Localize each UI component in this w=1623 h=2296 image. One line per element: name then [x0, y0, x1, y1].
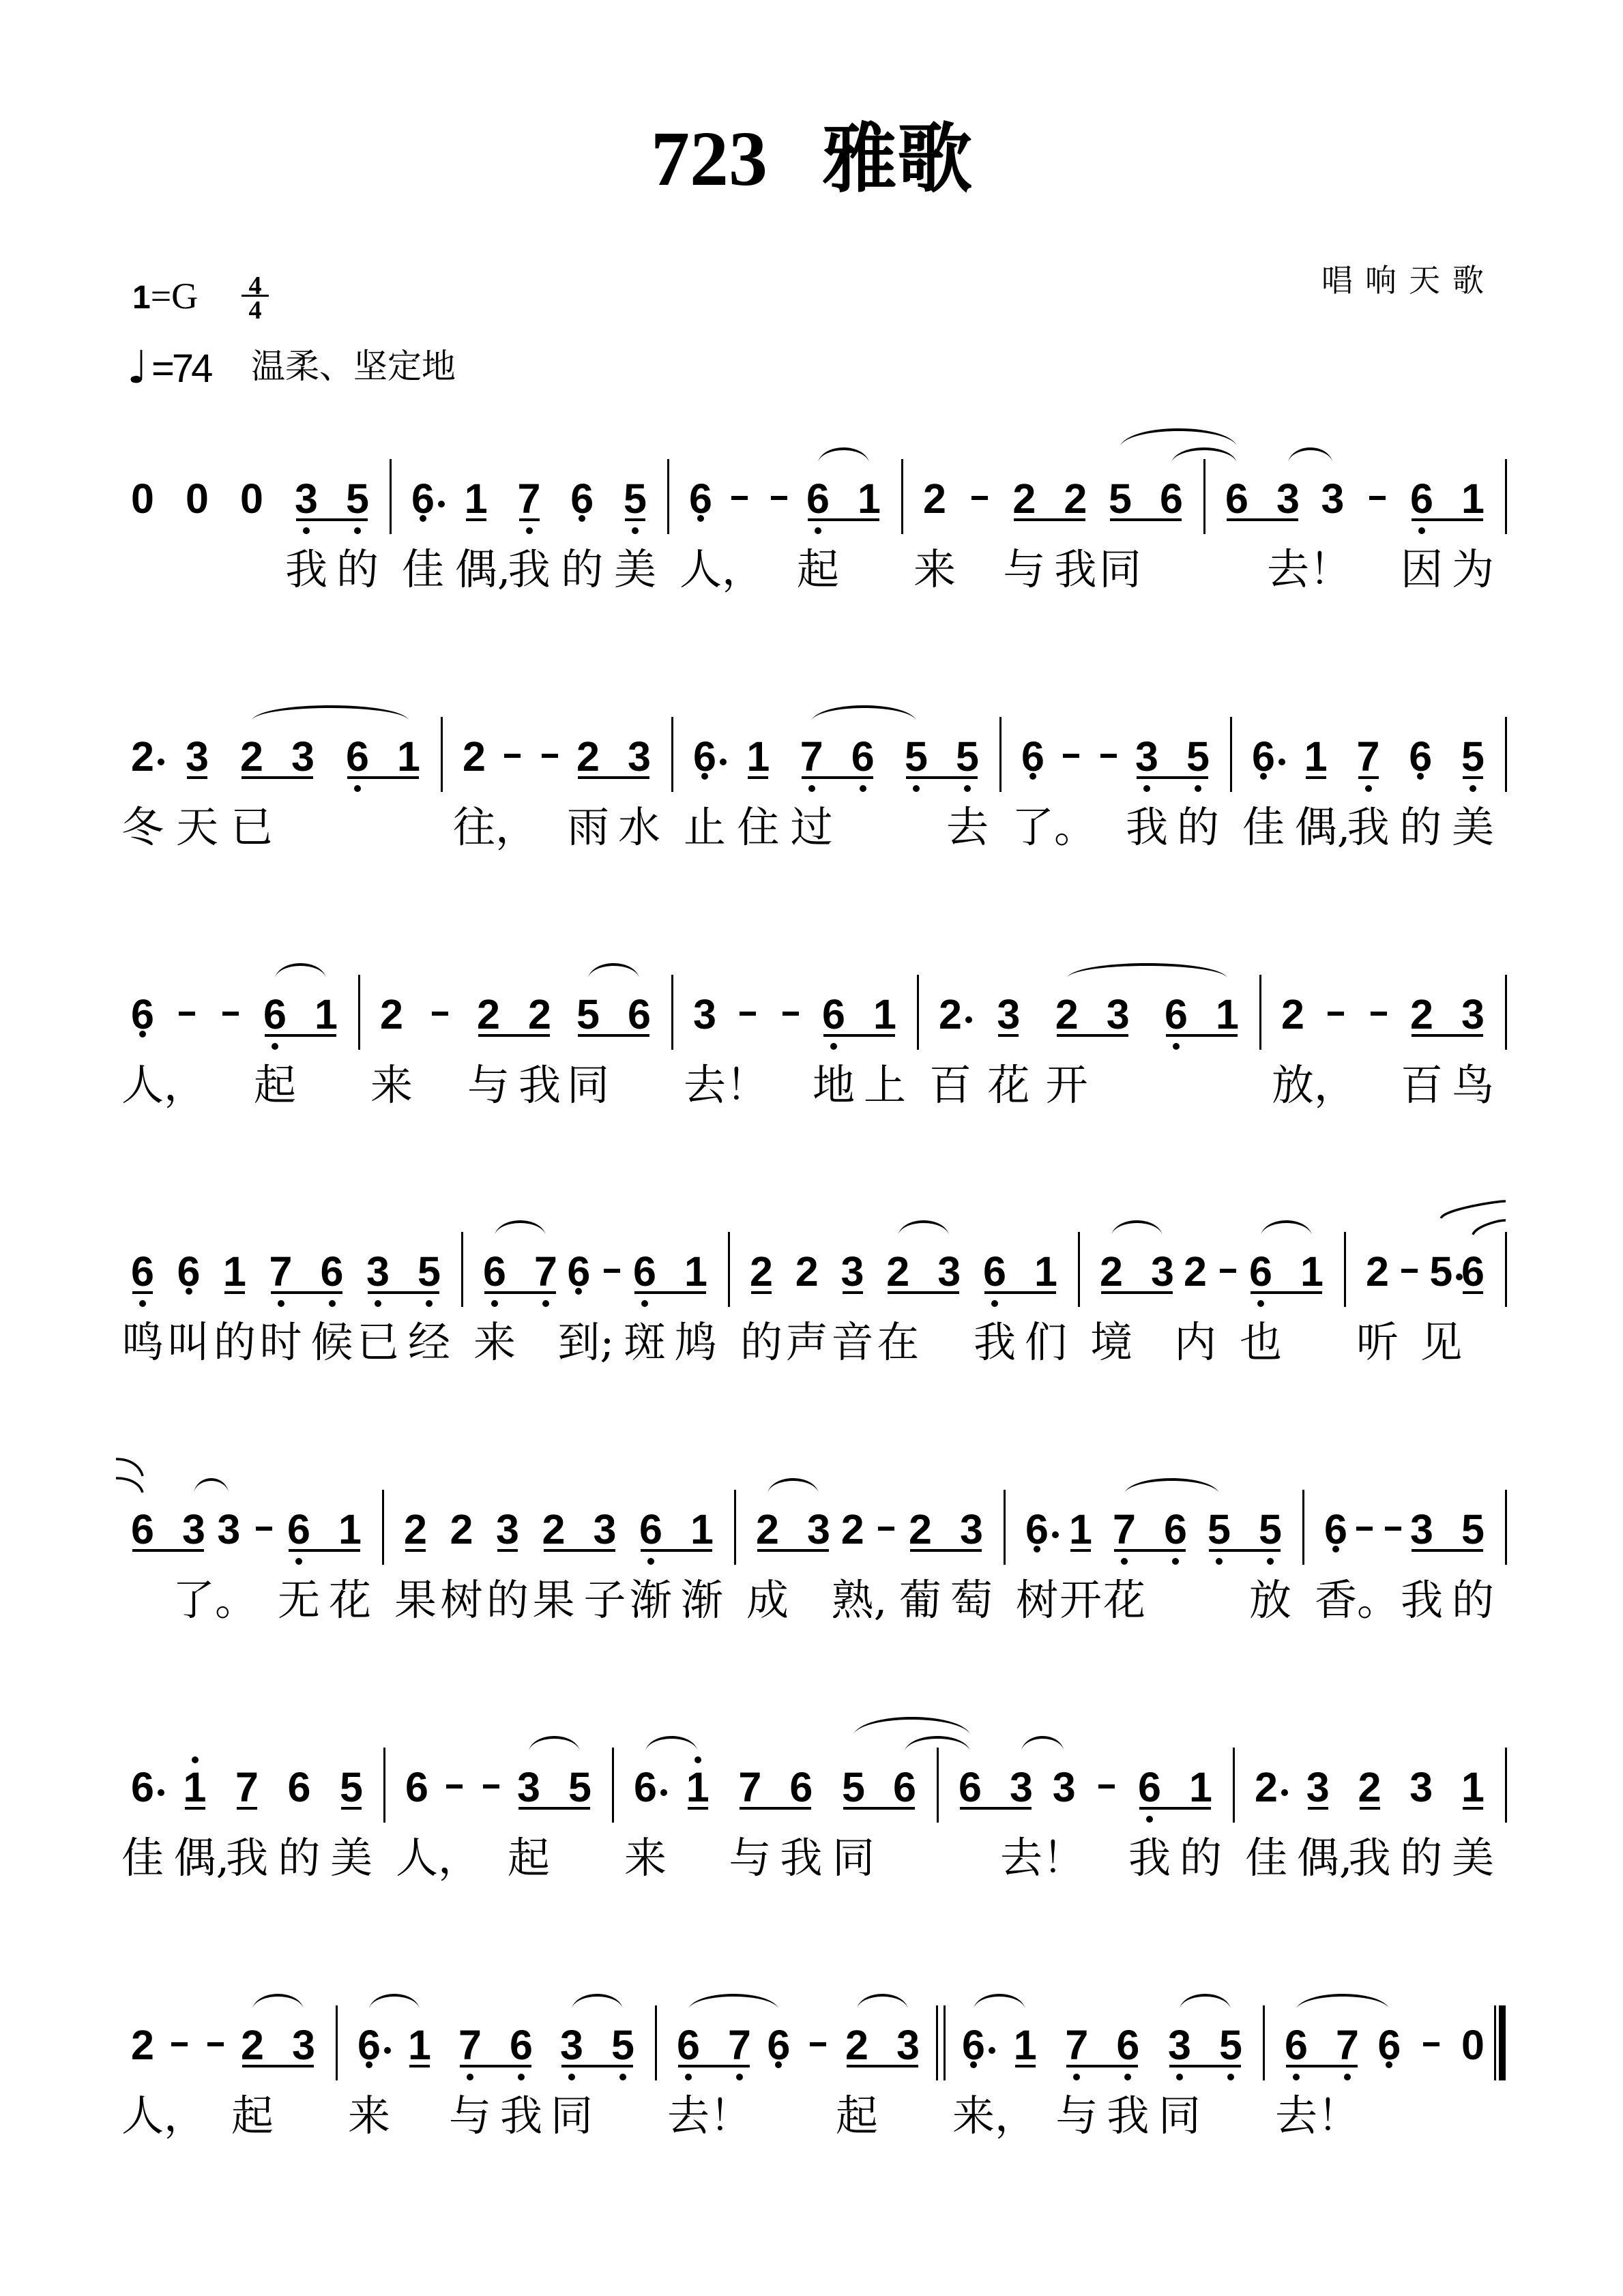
lyric-syllable: 的 — [336, 548, 379, 591]
lyric-syllable: 与 — [729, 1837, 771, 1879]
lyric-syllable: 到; — [557, 1321, 614, 1364]
slur — [1067, 963, 1227, 977]
slur — [645, 1736, 698, 1750]
lyric-syllable: 我 — [508, 548, 551, 591]
lyric-syllable: 境 — [1090, 1321, 1132, 1364]
lyric-syllable: 天 — [176, 806, 218, 849]
lyric-syllable: 偶, — [455, 548, 511, 591]
lyric-syllable: 叫 — [168, 1321, 210, 1364]
lyric-syllable: 了。 — [1012, 806, 1096, 849]
lyric-syllable: 我 — [1401, 1579, 1443, 1621]
lyric-syllable: 来 — [370, 1064, 413, 1106]
lyric-syllable: 内 — [1174, 1321, 1216, 1364]
low-octave-dot — [1344, 2074, 1351, 2080]
lyric-syllable: 熟, — [832, 1579, 888, 1621]
low-octave-dot — [491, 1300, 498, 1307]
lyric-syllable: 水 — [618, 806, 660, 849]
low-octave-dot — [1195, 785, 1201, 792]
lyric-syllable: 渐 — [681, 1579, 723, 1621]
lyric-syllable: 上 — [864, 1064, 906, 1106]
slur — [857, 1994, 908, 2008]
lyric-syllable: 我 — [1128, 1837, 1171, 1879]
low-octave-dot — [139, 1300, 146, 1307]
staff-system: 2人，2起36来17与6我3同56去！762起36来，17与6我3同56去！76… — [129, 2025, 1506, 2065]
lyric-syllable: 去 — [946, 806, 989, 849]
low-octave-dot — [303, 527, 310, 534]
lyric-syllable: 音 — [832, 1321, 874, 1364]
lyric-syllable: 的 — [561, 548, 603, 591]
slur — [1111, 1220, 1163, 1235]
lyric-syllable: 也 — [1240, 1321, 1282, 1364]
low-octave-dot — [1257, 1300, 1264, 1307]
slur — [529, 1736, 580, 1750]
lyric-syllable: 花 — [1103, 1579, 1145, 1621]
lyric-syllable: 来， — [952, 2095, 1037, 2137]
lyric-syllable: 的 — [214, 1321, 256, 1364]
low-octave-dot — [1227, 2074, 1234, 2080]
slur — [1021, 1736, 1064, 1750]
slur — [572, 1994, 623, 2008]
lyric-syllable: 了。 — [173, 1579, 257, 1621]
lyric-syllable: 百 — [1401, 1064, 1443, 1106]
slur — [818, 447, 869, 462]
low-octave-dot — [860, 785, 866, 792]
slur — [116, 1459, 143, 1476]
slur — [252, 705, 409, 720]
lyric-syllable: 葡 — [899, 1579, 941, 1621]
low-octave-dot — [647, 1558, 654, 1565]
lyric-syllable: 的 — [1177, 806, 1219, 849]
lyric-syllable: 开 — [1046, 1064, 1088, 1106]
lyric-syllable: 偶, — [174, 1837, 230, 1879]
lyric-syllable: 果 — [533, 1579, 575, 1621]
lyric-syllable: 去！ — [684, 1064, 768, 1106]
low-octave-dot — [542, 1300, 549, 1307]
lyric-syllable: 起 — [231, 2095, 274, 2137]
low-octave-dot — [278, 1300, 284, 1307]
lyric-syllable: 我 — [226, 1837, 268, 1879]
slur — [1261, 1220, 1312, 1235]
lyric-syllable: 我 — [500, 2095, 542, 2137]
slur-layer — [129, 1251, 1506, 1292]
staff-system: 6人，6起12来2与2我5同63去！6地1上2百3花2开3612放，2百3鸟 — [129, 994, 1506, 1035]
lyric-syllable: 花 — [987, 1064, 1029, 1106]
lyric-syllable: 花 — [329, 1579, 371, 1621]
low-octave-dot — [913, 785, 920, 792]
lyric-syllable: 我 — [285, 548, 327, 591]
low-octave-dot — [467, 2074, 473, 2080]
lyric-syllable: 放 — [1249, 1579, 1291, 1621]
low-octave-dot — [1267, 1558, 1274, 1565]
low-octave-dot — [518, 2074, 525, 2080]
slur — [1120, 428, 1237, 445]
lyric-syllable: 住 — [737, 806, 779, 849]
lyric-syllable: 来 — [624, 1837, 667, 1879]
lyric-syllable: 过 — [791, 806, 833, 849]
slur — [1441, 1201, 1506, 1218]
slur — [898, 1220, 949, 1235]
lyric-syllable: 见 — [1420, 1321, 1462, 1364]
lyric-syllable: 美 — [1452, 1837, 1494, 1879]
lyric-syllable: 萄 — [950, 1579, 993, 1621]
low-octave-dot — [568, 2074, 575, 2080]
low-octave-dot — [1143, 785, 1150, 792]
lyric-syllable: 果 — [394, 1579, 437, 1621]
lyric-syllable: 无 — [278, 1579, 320, 1621]
lyric-syllable: 美 — [614, 548, 656, 591]
lyric-syllable: 成 — [746, 1579, 789, 1621]
lyric-syllable: 香。 — [1315, 1579, 1399, 1621]
slur — [369, 1994, 420, 2008]
lyric-syllable: 去！ — [1000, 1837, 1085, 1879]
lyric-syllable: 候 — [311, 1321, 353, 1364]
low-octave-dot — [526, 527, 533, 534]
low-octave-dot — [1172, 1558, 1179, 1565]
lyric-syllable: 我 — [1107, 2095, 1149, 2137]
low-octave-dot — [1470, 785, 1476, 792]
lyric-syllable: 我 — [1126, 806, 1168, 849]
lyric-syllable: 佳 — [1242, 806, 1285, 849]
slur — [116, 1478, 143, 1492]
low-octave-dot — [1176, 2074, 1183, 2080]
lyric-syllable: 起 — [508, 1837, 550, 1879]
low-octave-dot — [641, 1300, 648, 1307]
slur — [252, 1994, 304, 2008]
score: 0003我5的6佳1偶,7我6的5美6人，6起12来2与2我5同663去！36因… — [0, 0, 1623, 2296]
lyric-syllable: 已 — [231, 806, 273, 849]
slur — [1124, 1478, 1219, 1492]
low-octave-dot — [815, 527, 821, 534]
low-octave-dot — [808, 785, 815, 792]
lyric-syllable: 雨 — [567, 806, 609, 849]
lyric-syllable: 我 — [1054, 548, 1096, 591]
lyric-syllable: 去！ — [1275, 2095, 1360, 2137]
lyric-syllable: 的 — [1180, 1837, 1222, 1879]
lyric-syllable: 与 — [449, 2095, 491, 2137]
lyric-syllable: 同 — [1158, 2095, 1201, 2137]
lyric-syllable: 放， — [1272, 1064, 1356, 1106]
lyric-syllable: 的 — [486, 1579, 529, 1621]
lyric-syllable: 声 — [786, 1321, 828, 1364]
lyric-syllable: 百 — [929, 1064, 971, 1106]
low-octave-dot — [295, 1558, 302, 1565]
lyric-syllable: 我 — [780, 1837, 822, 1879]
low-octave-dot — [685, 2074, 692, 2080]
lyric-syllable: 听 — [1356, 1321, 1399, 1364]
low-octave-dot — [1418, 527, 1425, 534]
staff-system: 0003我5的6佳1偶,7我6的5美6人，6起12来2与2我5同663去！36因… — [129, 478, 1506, 519]
low-octave-dot — [354, 785, 361, 792]
low-octave-dot — [1121, 1558, 1128, 1565]
lyric-syllable: 与 — [467, 1064, 510, 1106]
lyric-syllable: 树 — [1016, 1579, 1058, 1621]
lyric-syllable: 美 — [330, 1837, 372, 1879]
lyric-syllable: 佳 — [402, 548, 444, 591]
lyric-syllable: 去！ — [1267, 548, 1351, 591]
low-octave-dot — [1216, 1558, 1223, 1565]
lyric-syllable: 时 — [260, 1321, 302, 1364]
lyric-syllable: 在 — [877, 1321, 919, 1364]
lyric-syllable: 人， — [121, 2095, 206, 2137]
low-octave-dot — [329, 1300, 336, 1307]
lyric-syllable: 同 — [551, 2095, 593, 2137]
lyric-syllable: 我 — [974, 1321, 1016, 1364]
lyric-syllable: 的 — [1452, 1579, 1494, 1621]
staff-system: 6佳1偶,7我6的5美6人，3起56来17与6我5同663去！36我1的2佳3偶… — [129, 1767, 1506, 1808]
lyric-syllable: 人， — [121, 1064, 206, 1106]
lyric-syllable: 偶, — [1297, 1837, 1353, 1879]
lyric-syllable: 来 — [348, 2095, 390, 2137]
low-octave-dot — [272, 1043, 278, 1050]
staff-system: 6鸣6叫1的7时6候3已5经6来76到;6斑1鸠2的2声3音2在36我1们2境3… — [129, 1251, 1506, 1292]
sheet-music-page: { "header": { "number": "723", "name": "… — [0, 0, 1623, 2296]
lyric-syllable: 偶, — [1295, 806, 1351, 849]
slur-layer — [129, 1767, 1506, 1808]
lyric-syllable: 我 — [1349, 1837, 1391, 1879]
lyric-syllable: 去！ — [667, 2095, 752, 2137]
low-octave-dot — [991, 1300, 998, 1307]
slur — [194, 1478, 229, 1492]
slur — [688, 1994, 778, 2008]
lyric-syllable: 同 — [832, 1837, 875, 1879]
slur — [1296, 1994, 1389, 2008]
lyric-syllable: 起 — [254, 1064, 296, 1106]
slur — [275, 963, 326, 977]
lyric-syllable: 与 — [1055, 2095, 1098, 2137]
lyric-syllable: 我 — [518, 1064, 561, 1106]
lyric-syllable: 起 — [836, 2095, 878, 2137]
low-octave-dot — [830, 1043, 837, 1050]
lyric-syllable: 树 — [441, 1579, 483, 1621]
lyric-syllable: 同 — [567, 1064, 609, 1106]
slur — [1180, 1994, 1231, 2008]
lyric-syllable: 的 — [1400, 1837, 1442, 1879]
slur — [1288, 447, 1332, 462]
staff-system: 2冬3天2已3612往，2雨3水6止1住7过655去6了。3我5的6佳1偶,7我… — [129, 736, 1506, 777]
low-octave-dot — [1365, 785, 1372, 792]
lyric-syllable: 的 — [740, 1321, 783, 1364]
lyric-syllable: 冬 — [121, 806, 164, 849]
slur-layer — [129, 736, 1506, 777]
lyric-syllable: 鸟 — [1452, 1064, 1494, 1106]
lyric-syllable: 开 — [1059, 1579, 1102, 1621]
lyric-syllable: 来 — [473, 1321, 516, 1364]
lyric-syllable: 经 — [408, 1321, 450, 1364]
lyric-syllable: 人， — [679, 548, 764, 591]
slur-layer — [129, 2025, 1506, 2065]
high-octave-dot — [192, 1756, 199, 1763]
lyric-syllable: 佳 — [1245, 1837, 1287, 1879]
slur — [767, 1478, 819, 1492]
slur — [812, 705, 916, 720]
lyric-syllable: 为 — [1452, 548, 1494, 591]
slur — [974, 1994, 1025, 2008]
low-octave-dot — [354, 527, 361, 534]
slur — [588, 963, 639, 977]
low-octave-dot — [632, 527, 639, 534]
lyric-syllable: 因 — [1401, 548, 1443, 591]
low-octave-dot — [964, 785, 971, 792]
lyric-syllable: 们 — [1025, 1321, 1067, 1364]
lyric-syllable: 佳 — [121, 1837, 164, 1879]
lyric-syllable: 美 — [1452, 806, 1494, 849]
low-octave-dot — [1293, 2074, 1300, 2080]
staff-system: 63了。36无1花2果2树3的2果3子6渐1渐2成32熟,2葡3萄6树1开7花6… — [129, 1509, 1506, 1550]
slur-layer — [129, 1509, 1506, 1550]
low-octave-dot — [736, 2074, 743, 2080]
lyric-syllable: 渐 — [630, 1579, 672, 1621]
low-octave-dot — [1124, 2074, 1131, 2080]
low-octave-dot — [426, 1300, 433, 1307]
lyric-syllable: 已 — [357, 1321, 399, 1364]
low-octave-dot — [1146, 1816, 1153, 1823]
lyric-syllable: 子 — [584, 1579, 626, 1621]
lyric-syllable: 同 — [1099, 548, 1141, 591]
lyric-syllable: 鸠 — [675, 1321, 717, 1364]
low-octave-dot — [1073, 2074, 1080, 2080]
slur — [853, 1717, 970, 1734]
slur — [495, 1220, 546, 1235]
lyric-syllable: 人， — [396, 1837, 480, 1879]
lyric-syllable: 往， — [453, 806, 538, 849]
low-octave-dot — [619, 2074, 626, 2080]
high-octave-dot — [694, 1756, 701, 1763]
lyric-syllable: 止 — [684, 806, 726, 849]
lyric-syllable: 我 — [1347, 806, 1390, 849]
lyric-syllable: 鸣 — [121, 1321, 164, 1364]
slur-layer — [129, 478, 1506, 519]
lyric-syllable: 的 — [1399, 806, 1442, 849]
slur — [1473, 1220, 1506, 1235]
lyric-syllable: 地 — [813, 1064, 855, 1106]
slur-layer — [129, 994, 1506, 1035]
low-octave-dot — [1173, 1043, 1180, 1050]
lyric-syllable: 斑 — [624, 1321, 666, 1364]
lyric-syllable: 来 — [913, 548, 956, 591]
lyric-syllable: 的 — [278, 1837, 321, 1879]
lyric-syllable: 与 — [1003, 548, 1045, 591]
lyric-syllable: 起 — [797, 548, 839, 591]
low-octave-dot — [375, 1300, 381, 1307]
